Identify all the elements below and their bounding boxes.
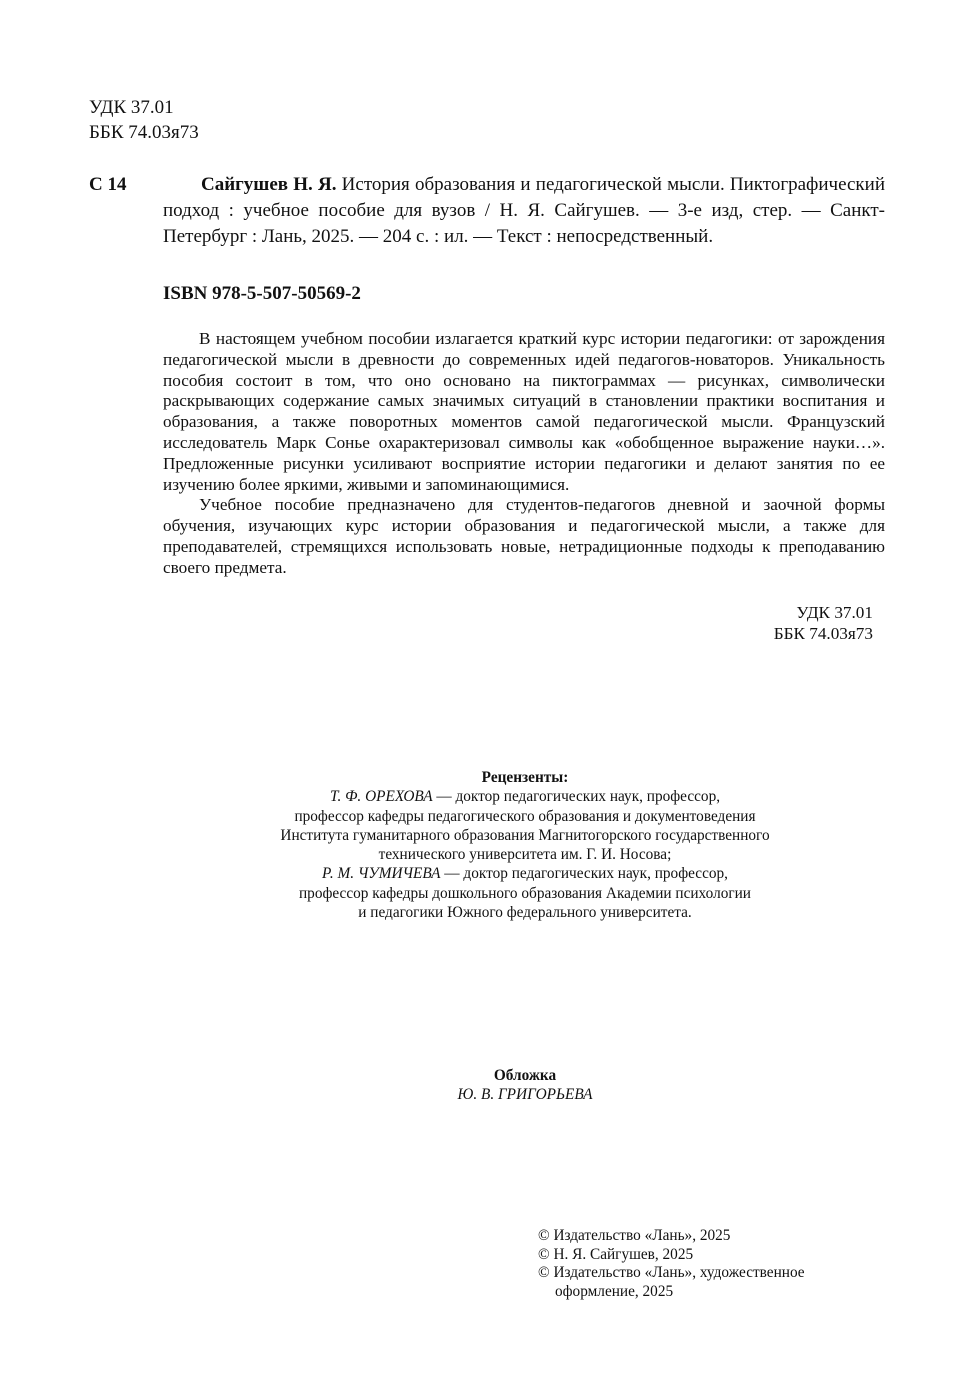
reviewer-credentials: — доктор педагогических наук, профессор, [433, 788, 721, 805]
cover-designer: Ю. В. ГРИГОРЬЕВА [0, 1085, 976, 1104]
catalog-code: С 14 [89, 172, 126, 197]
bbk-code: ББК 74.03я73 [774, 623, 873, 644]
reviewer-affiliation: профессор кафедры дошкольного образовани… [0, 884, 976, 903]
annotation: В настоящем учебном пособии излагается к… [163, 329, 885, 579]
copyright-line: оформление, 2025 [538, 1283, 805, 1302]
copyright-line: © Н. Я. Сайгушев, 2025 [538, 1246, 805, 1265]
classification-codes-bottom: УДК 37.01 ББК 74.03я73 [774, 602, 873, 644]
copyright-block: © Издательство «Лань», 2025 © Н. Я. Сайг… [538, 1227, 805, 1301]
annotation-paragraph: Учебное пособие предназначено для студен… [163, 495, 885, 578]
reviewer-affiliation: профессор кафедры педагогического образо… [0, 807, 976, 826]
author-name: Сайгушев Н. Я. [201, 174, 336, 195]
copyright-line: © Издательство «Лань», художественное [538, 1264, 805, 1283]
udk-code: УДК 37.01 [774, 602, 873, 623]
reviewer-entry: Р. М. ЧУМИЧЕВА — доктор педагогических н… [0, 864, 976, 922]
annotation-paragraph: В настоящем учебном пособии излагается к… [163, 329, 885, 495]
reviewer-affiliation: Института гуманитарного образования Магн… [0, 826, 976, 845]
bibliographic-record: Сайгушев Н. Я. История образования и пед… [163, 172, 885, 250]
reviewer-affiliation: и педагогики Южного федерального универс… [0, 903, 976, 922]
cover-credit: Обложка Ю. В. ГРИГОРЬЕВА [0, 1066, 976, 1105]
classification-codes-top: УДК 37.01 ББК 74.03я73 [89, 95, 199, 145]
reviewers-block: Рецензенты: Т. Ф. ОРЕХОВА — доктор педаг… [0, 768, 976, 922]
isbn: ISBN 978-5-507-50569-2 [163, 281, 361, 306]
reviewers-heading: Рецензенты: [0, 768, 976, 787]
reviewer-entry: Т. Ф. ОРЕХОВА — доктор педагогических на… [0, 787, 976, 864]
reviewer-name: Р. М. ЧУМИЧЕВА [322, 865, 440, 882]
reviewer-credentials: — доктор педагогических наук, профессор, [440, 865, 728, 882]
reviewer-name: Т. Ф. ОРЕХОВА [330, 788, 433, 805]
cover-heading: Обложка [0, 1066, 976, 1085]
copyright-line: © Издательство «Лань», 2025 [538, 1227, 805, 1246]
udk-code: УДК 37.01 [89, 95, 199, 120]
bbk-code: ББК 74.03я73 [89, 120, 199, 145]
reviewer-affiliation: технического университета им. Г. И. Носо… [0, 845, 976, 864]
